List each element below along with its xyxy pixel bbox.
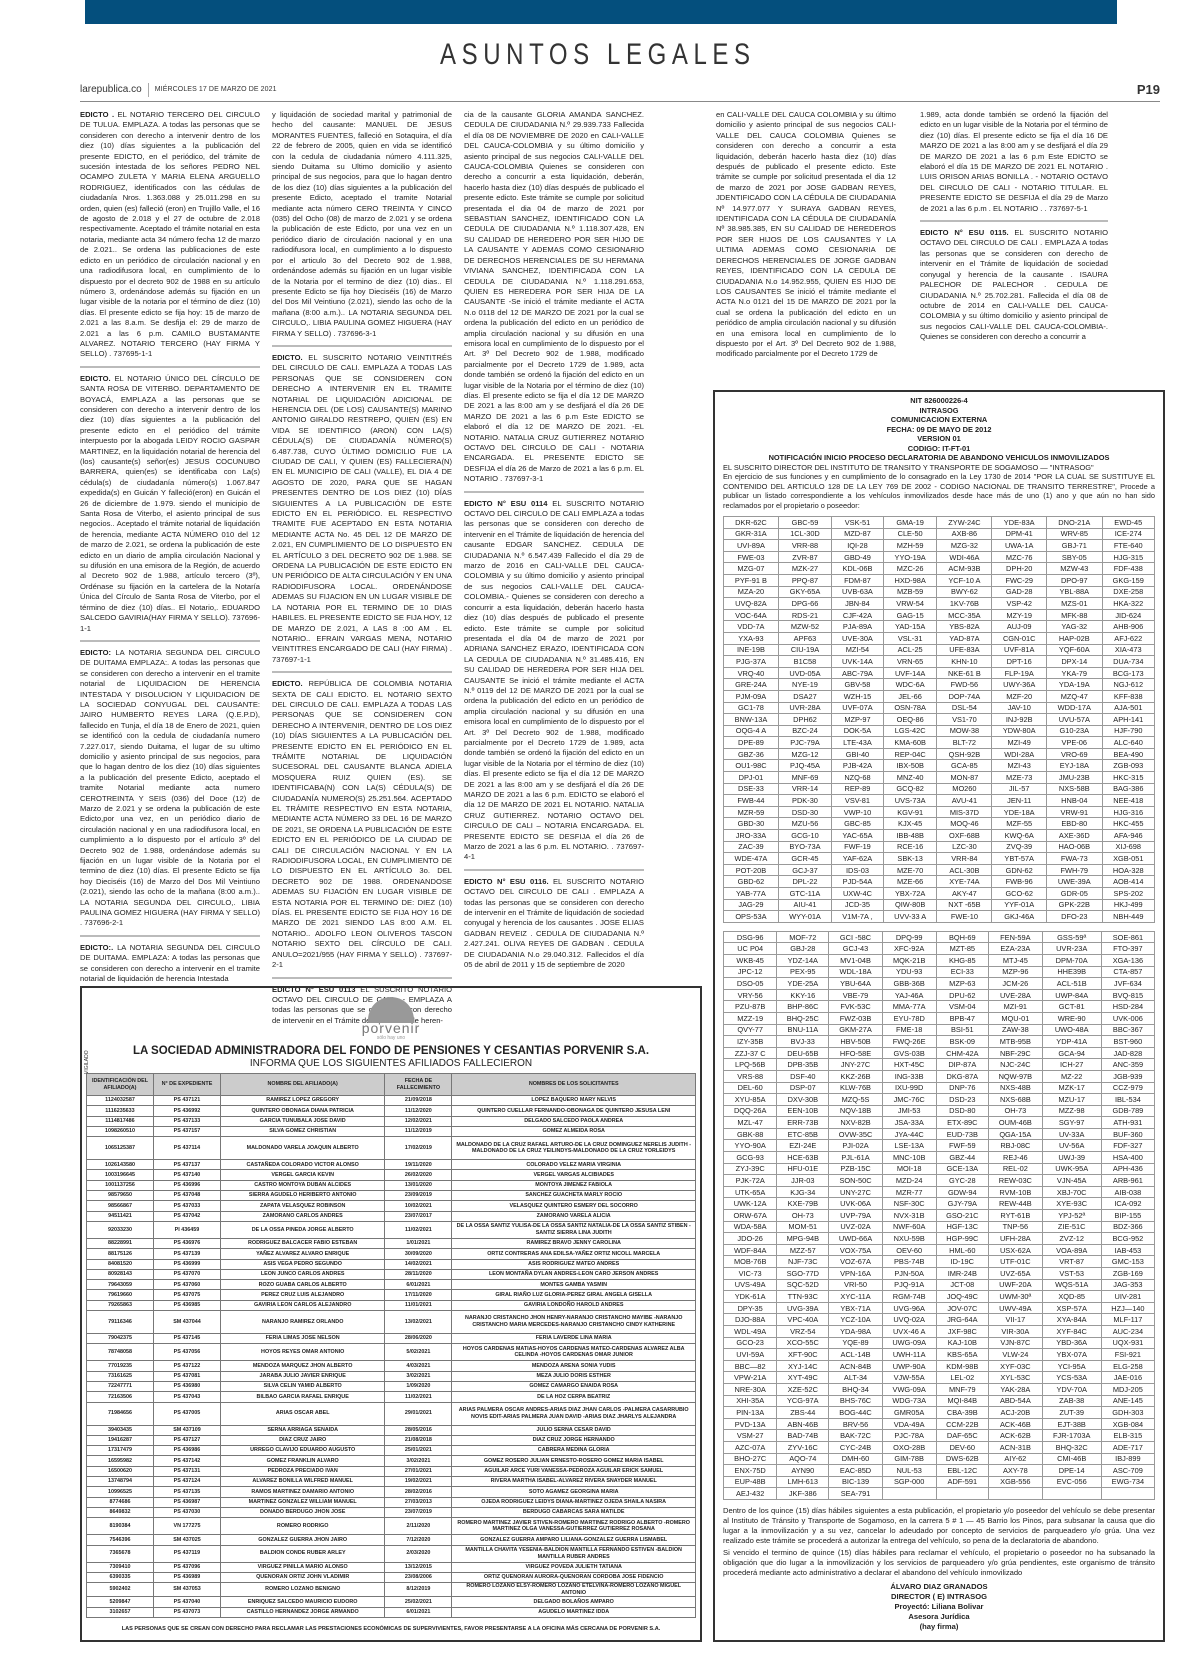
plate-cell: UWE-39A bbox=[1047, 876, 1103, 888]
plate-cell: UQX-931 bbox=[1101, 1337, 1154, 1349]
plates-row: GBK-88ETC-85BOVW-35CJYA-44CEUD-73BQGA-15… bbox=[724, 1128, 1155, 1140]
table-cell: 94511421 bbox=[87, 1211, 154, 1221]
edict-text: REPÚBLICA DE COLOMBIA NOTARIA SEXTA DE C… bbox=[272, 679, 452, 969]
plate-cell: UFE-83A bbox=[937, 644, 992, 656]
plates-row: ZZJ-37 CDEU-65BHFO-58EGVS-03BCHM-42ANBF-… bbox=[724, 1047, 1155, 1059]
table-cell: QUINTERO OBONAGA DIANA PATRICIA bbox=[220, 1106, 384, 1116]
plates-row: WDA-58AMOM-51UVZ-02ANWF-60AHGF-13CTNP-56… bbox=[724, 1221, 1155, 1233]
plate-cell: MZG-32 bbox=[937, 540, 992, 552]
plate-cell: LGS-42C bbox=[883, 725, 937, 737]
plate-cell: CCZ-979 bbox=[1101, 1082, 1154, 1094]
plate-cell: UV-56A bbox=[1042, 1140, 1101, 1152]
plates-row: AEJ-432JKF-386SEA-791 bbox=[724, 1488, 1155, 1500]
plate-cell: CLE-50 bbox=[883, 528, 937, 540]
table-cell: 23/08/2006 bbox=[385, 1572, 452, 1582]
plate-cell: GBV-58 bbox=[832, 679, 884, 691]
plate-cell: GBB-36B bbox=[882, 978, 936, 990]
intrasog-signature: ÁLVARO DIAZ GRANADOSDIRECTOR ( E) INTRAS… bbox=[723, 1582, 1155, 1632]
plate-cell: FWC-29 bbox=[992, 574, 1047, 586]
plate-cell: YDE-83A bbox=[992, 517, 1047, 529]
signature-line: DIRECTOR ( E) INTRASOG bbox=[723, 1592, 1155, 1602]
plate-cell: MQI-84B bbox=[936, 1395, 989, 1407]
table-cell: PS 437033 bbox=[153, 1201, 220, 1211]
table-cell: MANTILLA CHAVITA YESENIA-BALDION MANTILL… bbox=[452, 1545, 696, 1562]
plate-cell: SPS-202 bbox=[1102, 888, 1154, 900]
table-cell: ROMERO LOZANO ELSY-ROMERO LOZANO ETELVIN… bbox=[452, 1583, 696, 1597]
table-cell: PS 436989 bbox=[153, 1572, 220, 1582]
plate-cell: DFO-23 bbox=[1047, 911, 1103, 923]
plate-cell: DNP-76 bbox=[936, 1082, 989, 1094]
table-cell: CASTILLO HERNANDEZ JORGE ARMANDO bbox=[220, 1607, 384, 1617]
table-cell: PS 436976 bbox=[153, 1238, 220, 1248]
plate-cell: MZZ-98 bbox=[1042, 1105, 1101, 1117]
plates-row: MZL-47ERR-73BNXV-82BJSA-33AETX-89COUM-46… bbox=[724, 1117, 1155, 1129]
plate-cell: MZQ-47 bbox=[1047, 690, 1103, 702]
plate-cell: VST-53 bbox=[1042, 1268, 1101, 1280]
table-cell: ORTIZ QUENORAN AURORA-QUENORAN CORDOBA J… bbox=[452, 1572, 696, 1582]
table-cell: 13/12/2015 bbox=[385, 1562, 452, 1572]
plate-cell: DPU-62 bbox=[936, 989, 989, 1001]
plates-row: PZU-87BBHP-86CFVK-53CMMA-77AVSM-04MZI-91… bbox=[724, 1001, 1155, 1013]
plate-cell: UVG-39A bbox=[777, 1302, 829, 1314]
table-cell: MONTES GAMBA YASMIN bbox=[452, 1280, 696, 1290]
table-cell: MENDOZA MARQUEZ JHON ALBERTO bbox=[220, 1361, 384, 1371]
plate-cell: GBJ-28 bbox=[777, 943, 829, 955]
plates-row: BHO-27CAQO-74DMH-60GIM-78BDWS-62BAIY-62C… bbox=[724, 1453, 1155, 1465]
plate-cell: JVF-634 bbox=[1101, 978, 1154, 990]
table-row: 1124032587PS 437121RAMIREZ LOPEZ GREGORY… bbox=[87, 1096, 696, 1106]
plate-cell: OEV-60 bbox=[882, 1244, 936, 1256]
plate-cell: TNP-56 bbox=[989, 1221, 1043, 1233]
plate-cell: GCQ-82 bbox=[883, 783, 937, 795]
plate-cell: KKZ-26B bbox=[829, 1070, 883, 1082]
table-cell: GAVIRIA LONDOÑO HAROLD ANDRES bbox=[452, 1300, 696, 1310]
table-cell: VIRGUEZ PINILLA MARIO ALONSO bbox=[220, 1562, 384, 1572]
plate-cell: IBX-50B bbox=[883, 760, 937, 772]
plates-row: INE-19BCIU-19AMZI-54ACL-25UFE-83AUVF-81A… bbox=[724, 644, 1155, 656]
plate-cell: AKY-47 bbox=[937, 888, 992, 900]
plate-cell: DQQ-26A bbox=[724, 1105, 777, 1117]
signature-line: ÁLVARO DIAZ GRANADOS bbox=[723, 1582, 1155, 1592]
plate-cell: PVD-13A bbox=[724, 1418, 777, 1430]
table-cell: 29/01/2021 bbox=[385, 1402, 452, 1425]
table-cell: 16595982 bbox=[87, 1456, 154, 1466]
plate-cell: BDZ-366 bbox=[1101, 1221, 1154, 1233]
plate-cell: REW-44B bbox=[989, 1198, 1043, 1210]
table-row: 10996525PS 437135RAMOS MARTINEZ DAMARIO … bbox=[87, 1487, 696, 1497]
plate-cell: EAC-85D bbox=[829, 1465, 883, 1477]
table-cell: 10/02/2021 bbox=[385, 1201, 452, 1211]
plate-cell: BHQ-32C bbox=[1042, 1441, 1101, 1453]
plate-cell: JKF-386 bbox=[777, 1488, 829, 1500]
plate-cell: ZGB-093 bbox=[1102, 760, 1154, 772]
plate-cell: EEN-10B bbox=[777, 1105, 829, 1117]
plates-row: GRE-24ANYE-19GBV-58WDC-6AFWD-56UWY-36AYD… bbox=[724, 679, 1155, 691]
table-cell: PS 437060 bbox=[153, 1280, 220, 1290]
table-row: 5902402SM 437053ROMERO LOZANO BENIGNO8/1… bbox=[87, 1583, 696, 1597]
table-row: 8774686PS 436987MARTINEZ GONZALEZ WILLIA… bbox=[87, 1497, 696, 1507]
plates-row: DKR-62CGBC-59VSK-51GMA-19ZYW-24CYDE-83AD… bbox=[724, 517, 1155, 529]
table-cell: 1001137256 bbox=[87, 1180, 154, 1190]
plate-cell: NVX-31B bbox=[882, 1210, 936, 1222]
table-cell: GOMEZ FRANKLIN ALVARO bbox=[220, 1456, 384, 1466]
table-cell: BILBAO GARCIA RAFAEL ENRIQUE bbox=[220, 1392, 384, 1402]
plate-cell: JDO-26 bbox=[724, 1233, 777, 1245]
plate-cell: SGY-97 bbox=[1042, 1117, 1101, 1129]
table-row: 79042375PS 437145FERIA LIMAS JOSE NELSON… bbox=[87, 1334, 696, 1344]
edict-text: EL SUSCRITO NOTARIO OCTAVO DEL CIRCULO D… bbox=[464, 877, 644, 969]
plate-cell: GKR-31A bbox=[724, 528, 779, 540]
plate-cell: VOX-75A bbox=[829, 1244, 883, 1256]
table-row: 88228991PS 436976RODRIGUEZ BALCACER FABI… bbox=[87, 1238, 696, 1248]
plate-cell: UC P04 bbox=[724, 943, 777, 955]
plate-cell: MOI-18 bbox=[882, 1163, 936, 1175]
table-cell: MALDONADO VARELA JOAQUIN ALBERTO bbox=[220, 1137, 384, 1160]
plates-row: XYU-85ADXV-30BMZQ-5SJMC-76CDSD-23NXS-68B… bbox=[724, 1094, 1155, 1106]
plate-cell: DPE-89 bbox=[724, 737, 779, 749]
plate-cell: RDS-21 bbox=[778, 609, 831, 621]
plate-cell: OPS-53A bbox=[724, 911, 779, 923]
plate-cell: ECI-33 bbox=[936, 966, 989, 978]
table-cell: 79042375 bbox=[87, 1334, 154, 1344]
plate-cell: MZF-55 bbox=[992, 818, 1047, 830]
table-cell: ZAMORANO CARLOS ANDRES bbox=[220, 1211, 384, 1221]
plate-cell: LPQ-56B bbox=[724, 1059, 777, 1071]
plate-cell: SBK-13 bbox=[883, 853, 937, 865]
plate-cell: NXS-48B bbox=[989, 1082, 1043, 1094]
table-cell: SANCHEZ GUACHETA MARLY ROCIO bbox=[452, 1191, 696, 1201]
plates-row: EUP-48BLMH-613BIC-139SGP-000ADF-591XGB-5… bbox=[724, 1476, 1155, 1488]
edict-notice: EDICTO. EL SUSCRITO NOTARIO VEINTITRÉS D… bbox=[272, 353, 452, 673]
table-cell: GIRAL RIAÑO LUZ GLORIA-PEREZ GIRAL ANGEL… bbox=[452, 1290, 696, 1300]
table-cell: PS 437122 bbox=[153, 1361, 220, 1371]
plate-cell: GBZ-36 bbox=[724, 748, 779, 760]
plate-cell: FLP-19A bbox=[992, 667, 1047, 679]
plate-cell: NBH-449 bbox=[1102, 911, 1154, 923]
table-cell: 1116235633 bbox=[87, 1106, 154, 1116]
plate-cell: GCJ-43 bbox=[829, 943, 883, 955]
edict-notice: y liquidación de sociedad marital y patr… bbox=[272, 110, 452, 347]
plate-cell: HGP-99C bbox=[936, 1233, 989, 1245]
plate-cell: NXU-59B bbox=[882, 1233, 936, 1245]
plate-cell: HML-60 bbox=[936, 1244, 989, 1256]
table-cell: PEREZ CRUZ LUIS ALEJANDRO bbox=[220, 1290, 384, 1300]
plate-cell: UWJ-39 bbox=[1042, 1152, 1101, 1164]
plate-cell: LTE-43A bbox=[832, 737, 884, 749]
plate-cell: MZE-73 bbox=[992, 772, 1047, 784]
plate-cell: BSK-09 bbox=[936, 1036, 989, 1048]
plate-cell: GCO-62 bbox=[992, 888, 1047, 900]
plate-cell: HXD-98A bbox=[883, 574, 937, 586]
plate-cell: BOG-44C bbox=[829, 1407, 883, 1419]
plate-cell: BST-960 bbox=[1101, 1036, 1154, 1048]
table-cell: CASTAÑEDA COLORADO VICTOR ALONSO bbox=[220, 1160, 384, 1170]
table-cell: HOYOS REYES OMAR ANTONIO bbox=[220, 1344, 384, 1361]
plate-cell: ZYJ-39C bbox=[724, 1163, 777, 1175]
plate-cell: HNB-04 bbox=[1047, 795, 1103, 807]
table-cell: 14/02/2021 bbox=[385, 1259, 452, 1269]
table-cell: GAVIRIA LEON CARLOS ALEJANDRO bbox=[220, 1300, 384, 1310]
plate-cell: OUM-46B bbox=[989, 1117, 1043, 1129]
plate-cell: ANE-145 bbox=[1101, 1395, 1154, 1407]
plate-cell: 1KV-76B bbox=[937, 598, 992, 610]
plate-cell: YQF-60A bbox=[1047, 644, 1103, 656]
plate-cell: DKR-62C bbox=[724, 517, 779, 529]
sun-icon bbox=[368, 997, 414, 1023]
table-row: 78748058PS 437056HOYOS REYES OMAR ANTONI… bbox=[87, 1344, 696, 1361]
table-cell: 26/02/2020 bbox=[385, 1170, 452, 1180]
table-cell: PS 437070 bbox=[153, 1269, 220, 1279]
plates-row: GC1-78UVR-28AUVF-07AOSN-78ADSL-54JAV-10W… bbox=[724, 702, 1155, 714]
plate-cell: YAJ-46A bbox=[882, 989, 936, 1001]
plate-cell: WDI-46A bbox=[937, 551, 992, 563]
table-cell: RIVERA MARTHA ISABEL-ALVAREZ RIVERA SNAY… bbox=[452, 1477, 696, 1487]
plate-cell: JGB-939 bbox=[1101, 1070, 1154, 1082]
plate-cell: VRO-69 bbox=[1047, 748, 1103, 760]
plate-cell: YAC-65A bbox=[832, 830, 884, 842]
plate-cell: XYF-03C bbox=[989, 1360, 1043, 1372]
plate-cell: MZS-01 bbox=[1047, 598, 1103, 610]
table-cell: 13/01/2020 bbox=[385, 1180, 452, 1190]
plate-cell: CTA-857 bbox=[1101, 966, 1154, 978]
table-cell: PS 437140 bbox=[153, 1170, 220, 1180]
table-cell: GOMEZ ALMEIDA ROSA bbox=[452, 1126, 696, 1136]
plate-cell: NUL-53 bbox=[882, 1465, 936, 1477]
table-cell: 8190384 bbox=[87, 1518, 154, 1535]
plate-cell: AXB-86 bbox=[937, 528, 992, 540]
plates-row: WDF-84AMZZ-57VOX-75AOEV-60HML-60USX-62AV… bbox=[724, 1244, 1155, 1256]
table-row: 79265863PS 436985GAVIRIA LEON CARLOS ALE… bbox=[87, 1300, 696, 1310]
table-cell: ARIAS PALMERA OSCAR ANDRES-ARIAS DIAZ JH… bbox=[452, 1402, 696, 1425]
plate-cell: DPH-20 bbox=[992, 563, 1047, 575]
plate-cell: XYE-93C bbox=[1042, 1198, 1101, 1210]
plate-cell: CHM-42A bbox=[936, 1047, 989, 1059]
plate-cell: GKG-159 bbox=[1102, 574, 1154, 586]
plates-row: FWB-44PDK-30VSV-81UVS-73AAVU-41JEN-11HNB… bbox=[724, 795, 1155, 807]
table-row: 8649832PS 437030DONADO BERDUGO JHON JOSE… bbox=[87, 1507, 696, 1517]
plate-cell: XFT-90C bbox=[777, 1349, 829, 1361]
plate-cell: BVJ-33 bbox=[777, 1036, 829, 1048]
plate-cell: ATH-931 bbox=[1101, 1117, 1154, 1129]
table-cell: SM 437109 bbox=[153, 1425, 220, 1435]
plate-cell: EZA-23A bbox=[989, 943, 1043, 955]
plate-cell: EVC-056 bbox=[1042, 1476, 1101, 1488]
plate-cell: PJC-79A bbox=[778, 737, 831, 749]
plate-cell: MZ-22 bbox=[1042, 1070, 1101, 1082]
plate-cell: FWQ-26E bbox=[882, 1036, 936, 1048]
table-cell: 7/12/2020 bbox=[385, 1535, 452, 1545]
plates-row: AZC-07AZYV-16CCYC-24BOXO-28BDEV-60ACN-31… bbox=[724, 1441, 1155, 1453]
plates-row: GBZ-36MZG-12GBI-40REP-04CQSH-92BWDI-28AV… bbox=[724, 748, 1155, 760]
plate-cell: KJX-45 bbox=[883, 818, 937, 830]
plate-cell: UVU-57A bbox=[1047, 714, 1103, 726]
column-5: 1.989, acta donde también se ordenó la f… bbox=[920, 110, 1108, 380]
plate-cell: MZC-76 bbox=[992, 551, 1047, 563]
edict-text: EL NOTARIO TERCERO DEL CIRCULO DE TULUA.… bbox=[80, 110, 260, 358]
plate-cell: JCD-35 bbox=[832, 899, 884, 911]
table-cell: 79619660 bbox=[87, 1290, 154, 1300]
edict-text: en CALI-VALLE DEL CAUCA COLOMBIA y su úl… bbox=[716, 110, 896, 358]
plate-cell: UWG-09A bbox=[882, 1337, 936, 1349]
plate-cell: UWP-84A bbox=[1042, 989, 1101, 1001]
plate-cell: FWE-10 bbox=[937, 911, 992, 923]
signature-line: (hay firma) bbox=[723, 1622, 1155, 1632]
header-line: FECHA: 09 DE MAYO DE 2012 bbox=[723, 425, 1155, 435]
column-3: cia de la causante GLORIA AMANDA SANCHEZ… bbox=[464, 110, 644, 980]
plate-cell: DPX-14 bbox=[1047, 656, 1103, 668]
plate-cell: WDD-17A bbox=[1047, 702, 1103, 714]
table-cell: 1124032587 bbox=[87, 1096, 154, 1106]
table-cell: 30/09/2020 bbox=[385, 1249, 452, 1259]
table-row: 7546396SM 437025GONZALEZ GUERRA JHON JAI… bbox=[87, 1535, 696, 1545]
table-cell: 19416287 bbox=[87, 1435, 154, 1445]
table-cell: 19/11/2020 bbox=[385, 1160, 452, 1170]
plate-cell: GPK-22B bbox=[1047, 899, 1103, 911]
plate-cell: UVK-14A bbox=[832, 656, 884, 668]
plate-cell: ETX-89C bbox=[936, 1117, 989, 1129]
plate-cell: XZE-52C bbox=[777, 1383, 829, 1395]
plate-cell: WKB-45 bbox=[724, 954, 777, 966]
table-cell: 5/02/2021 bbox=[385, 1344, 452, 1361]
plate-cell: SQC-52D bbox=[777, 1279, 829, 1291]
table-cell: MENDOZA ARENA SONIA YUDIS bbox=[452, 1361, 696, 1371]
plate-cell: BBC—82 bbox=[724, 1360, 777, 1372]
plates-row: GCG-93HCE-63BPJL-61AMNC-10BGBZ-44REJ-46U… bbox=[724, 1152, 1155, 1164]
table-row: 7309410PS 437096VIRGUEZ PINILLA MARIO AL… bbox=[87, 1562, 696, 1572]
plate-cell: GC1-78 bbox=[724, 702, 779, 714]
plate-cell: NWF-60A bbox=[882, 1221, 936, 1233]
plate-cell: UWH-11A bbox=[882, 1349, 936, 1361]
plates-row: PJG-37AB1C58UVK-14AVRN-65KHN-10DPT-16DPX… bbox=[724, 656, 1155, 668]
plate-cell: FDF-327 bbox=[1101, 1140, 1154, 1152]
intrasog-footer-2: Si vencido el termino de quince (15) día… bbox=[723, 1548, 1155, 1578]
plate-cell: DUA-734 bbox=[1102, 656, 1154, 668]
porvenir-subtitle: INFORMA QUE LOS SIGUIENTES AFILIADOS FAL… bbox=[86, 1058, 696, 1069]
plate-cell: JRO-33A bbox=[724, 830, 779, 842]
plate-cell: DSL-54 bbox=[937, 702, 992, 714]
plate-cell: PJM-09A bbox=[724, 690, 779, 702]
plate-cell: UWA-1A bbox=[992, 540, 1047, 552]
plate-cell: MV1-04B bbox=[829, 954, 883, 966]
plate-cell: JCT-08 bbox=[936, 1279, 989, 1291]
site-name[interactable]: larepublica.co bbox=[80, 83, 149, 97]
table-cell: 6/01/2021 bbox=[385, 1607, 452, 1617]
plate-cell: PIN-13A bbox=[724, 1407, 777, 1419]
plate-cell: HOA-328 bbox=[1102, 864, 1154, 876]
plates-row: GBD-30MZU-56GBC-85KJX-45MOQ-46MZF-55EBD-… bbox=[724, 818, 1155, 830]
plates-row: IZY-35BBVJ-33HBV-50BFWQ-26EBSK-09MTB-95B… bbox=[724, 1036, 1155, 1048]
plate-cell: BHP-86C bbox=[777, 1001, 829, 1013]
plate-cell: UVE-30A bbox=[832, 632, 884, 644]
table-cell: NARANJO RAMIREZ ORLANDO bbox=[220, 1311, 384, 1334]
plates-row: XHI-35AYCG-97ABHS-76CWDG-73AMQI-84BABD-5… bbox=[724, 1395, 1155, 1407]
plate-cell: UWP-90A bbox=[882, 1360, 936, 1372]
plate-cell: EWD-45 bbox=[1102, 517, 1154, 529]
plate-cell: UWF-20A bbox=[989, 1279, 1043, 1291]
plate-cell: BBC-367 bbox=[1101, 1024, 1154, 1036]
plate-cell: ZAW-38 bbox=[989, 1024, 1043, 1036]
plate-cell: UVG-96A bbox=[882, 1302, 936, 1314]
plate-cell: DXV-30B bbox=[777, 1094, 829, 1106]
plate-cell: SON-50C bbox=[829, 1175, 883, 1187]
table-row: 98566867PS 437033ZAPATA VELASQUEZ ROBINS… bbox=[87, 1201, 696, 1211]
plate-cell: DPJ-01 bbox=[724, 772, 779, 784]
plates-row: VRY-56KKY-16VBE-79YAJ-46ADPU-62UVE-28AUW… bbox=[724, 989, 1155, 1001]
plates-row: VDD-7AMZW-52PJA-89AYAD-15AYBS-82AAUJ-09Y… bbox=[724, 621, 1155, 633]
plate-cell: HKC-455 bbox=[1102, 818, 1154, 830]
plate-cell: XYJ-14C bbox=[777, 1360, 829, 1372]
edict-lead: EDICTO:. bbox=[80, 943, 113, 952]
plate-cell: POT-20B bbox=[724, 864, 779, 876]
plate-cell: IQI-28 bbox=[832, 540, 884, 552]
plate-cell: GBI-40 bbox=[832, 748, 884, 760]
table-cell: ROMERO MARTINEZ JAVIER STIVEN-ROMERO MAR… bbox=[452, 1518, 696, 1535]
table-cell: PS 437042 bbox=[153, 1211, 220, 1221]
plate-cell: YDE-18A bbox=[992, 806, 1047, 818]
table-cell: ARIAS OSCAR ABEL bbox=[220, 1402, 384, 1425]
table-row: 19416287PS 437127DIAZ CRUZ JAIRO21/08/20… bbox=[87, 1435, 696, 1445]
plate-cell: AYN90 bbox=[777, 1465, 829, 1477]
plate-cell: MON-87 bbox=[937, 772, 992, 784]
plate-cell: VRR-88 bbox=[778, 540, 831, 552]
plate-cell: WQS-51A bbox=[1042, 1279, 1101, 1291]
table-cell: 8649832 bbox=[87, 1507, 154, 1517]
table-cell: ASIS VEGA PEDRO SEGUNDO bbox=[220, 1259, 384, 1269]
plate-cell: GBC-59 bbox=[778, 517, 831, 529]
plate-cell: MOB-76B bbox=[724, 1256, 777, 1268]
table-cell: PS 437005 bbox=[153, 1402, 220, 1425]
plate-cell: RGM-74B bbox=[882, 1291, 936, 1303]
table-cell: GARCIA TUNUBALA JOSE DAVID bbox=[220, 1116, 384, 1126]
plate-cell: NXT -65B bbox=[937, 899, 992, 911]
plate-cell: GCJ-37 bbox=[778, 864, 831, 876]
table-cell: 21/08/2018 bbox=[385, 1435, 452, 1445]
plate-cell: OVW-35C bbox=[829, 1128, 883, 1140]
plate-cell: UVF-07A bbox=[832, 702, 884, 714]
plate-cell: MZI-49 bbox=[992, 737, 1047, 749]
plate-cell: BHS-76C bbox=[829, 1395, 883, 1407]
plate-cell: VDA-49A bbox=[882, 1418, 936, 1430]
table-cell: SILVA CELIN YAMID ALBERTO bbox=[220, 1381, 384, 1391]
plate-cell: MZQ-5S bbox=[829, 1094, 883, 1106]
issue-date: MIÉRCOLES 17 DE MARZO DE 2021 bbox=[155, 83, 277, 97]
plate-cell: DSD-30 bbox=[778, 806, 831, 818]
table-row: 77019235PS 437122MENDOZA MARQUEZ JHON AL… bbox=[87, 1361, 696, 1371]
plate-cell: EUP-48B bbox=[724, 1476, 777, 1488]
plate-cell: MZY-19 bbox=[992, 609, 1047, 621]
plate-cell: MFK-88 bbox=[1047, 609, 1103, 621]
plate-cell: MZK-27 bbox=[778, 563, 831, 575]
plates-row: PJK-72AJJR-03SON-50CMZD-24GYC-28REW-03CV… bbox=[724, 1175, 1155, 1187]
edict-text: EL SUSCRITO NOTARIO VEINTITRÉS DEL CIRCU… bbox=[272, 353, 452, 664]
plate-cell: CMI-46B bbox=[1042, 1453, 1101, 1465]
table-cell: PS 437157 bbox=[153, 1126, 220, 1136]
plates-row: FWE-03ZVR-87GBD-49YYO-19AWDI-46AMZC-76SB… bbox=[724, 551, 1155, 563]
page-number: P19 bbox=[1137, 82, 1160, 97]
table-cell: LEON JUNCO CARLOS ANDRES bbox=[220, 1269, 384, 1279]
plate-cell: HJF-790 bbox=[1102, 725, 1154, 737]
plate-cell: VSP-42 bbox=[992, 598, 1047, 610]
plate-cell: GCR-45 bbox=[778, 853, 831, 865]
table-cell: PS 437114 bbox=[153, 1137, 220, 1160]
plate-cell: VRS-88 bbox=[724, 1070, 777, 1082]
header-line: COMUNICACION EXTERNA bbox=[723, 415, 1155, 425]
plate-cell: V1M-7A , bbox=[832, 911, 884, 923]
plates-row: WDE-47AGCR-45YAF-62ASBK-13VRR-84YBT-57AF… bbox=[724, 853, 1155, 865]
plate-cell: YBX-72A bbox=[883, 888, 937, 900]
plate-cell: GDN-62 bbox=[992, 864, 1047, 876]
table-cell: 77019235 bbox=[87, 1361, 154, 1371]
